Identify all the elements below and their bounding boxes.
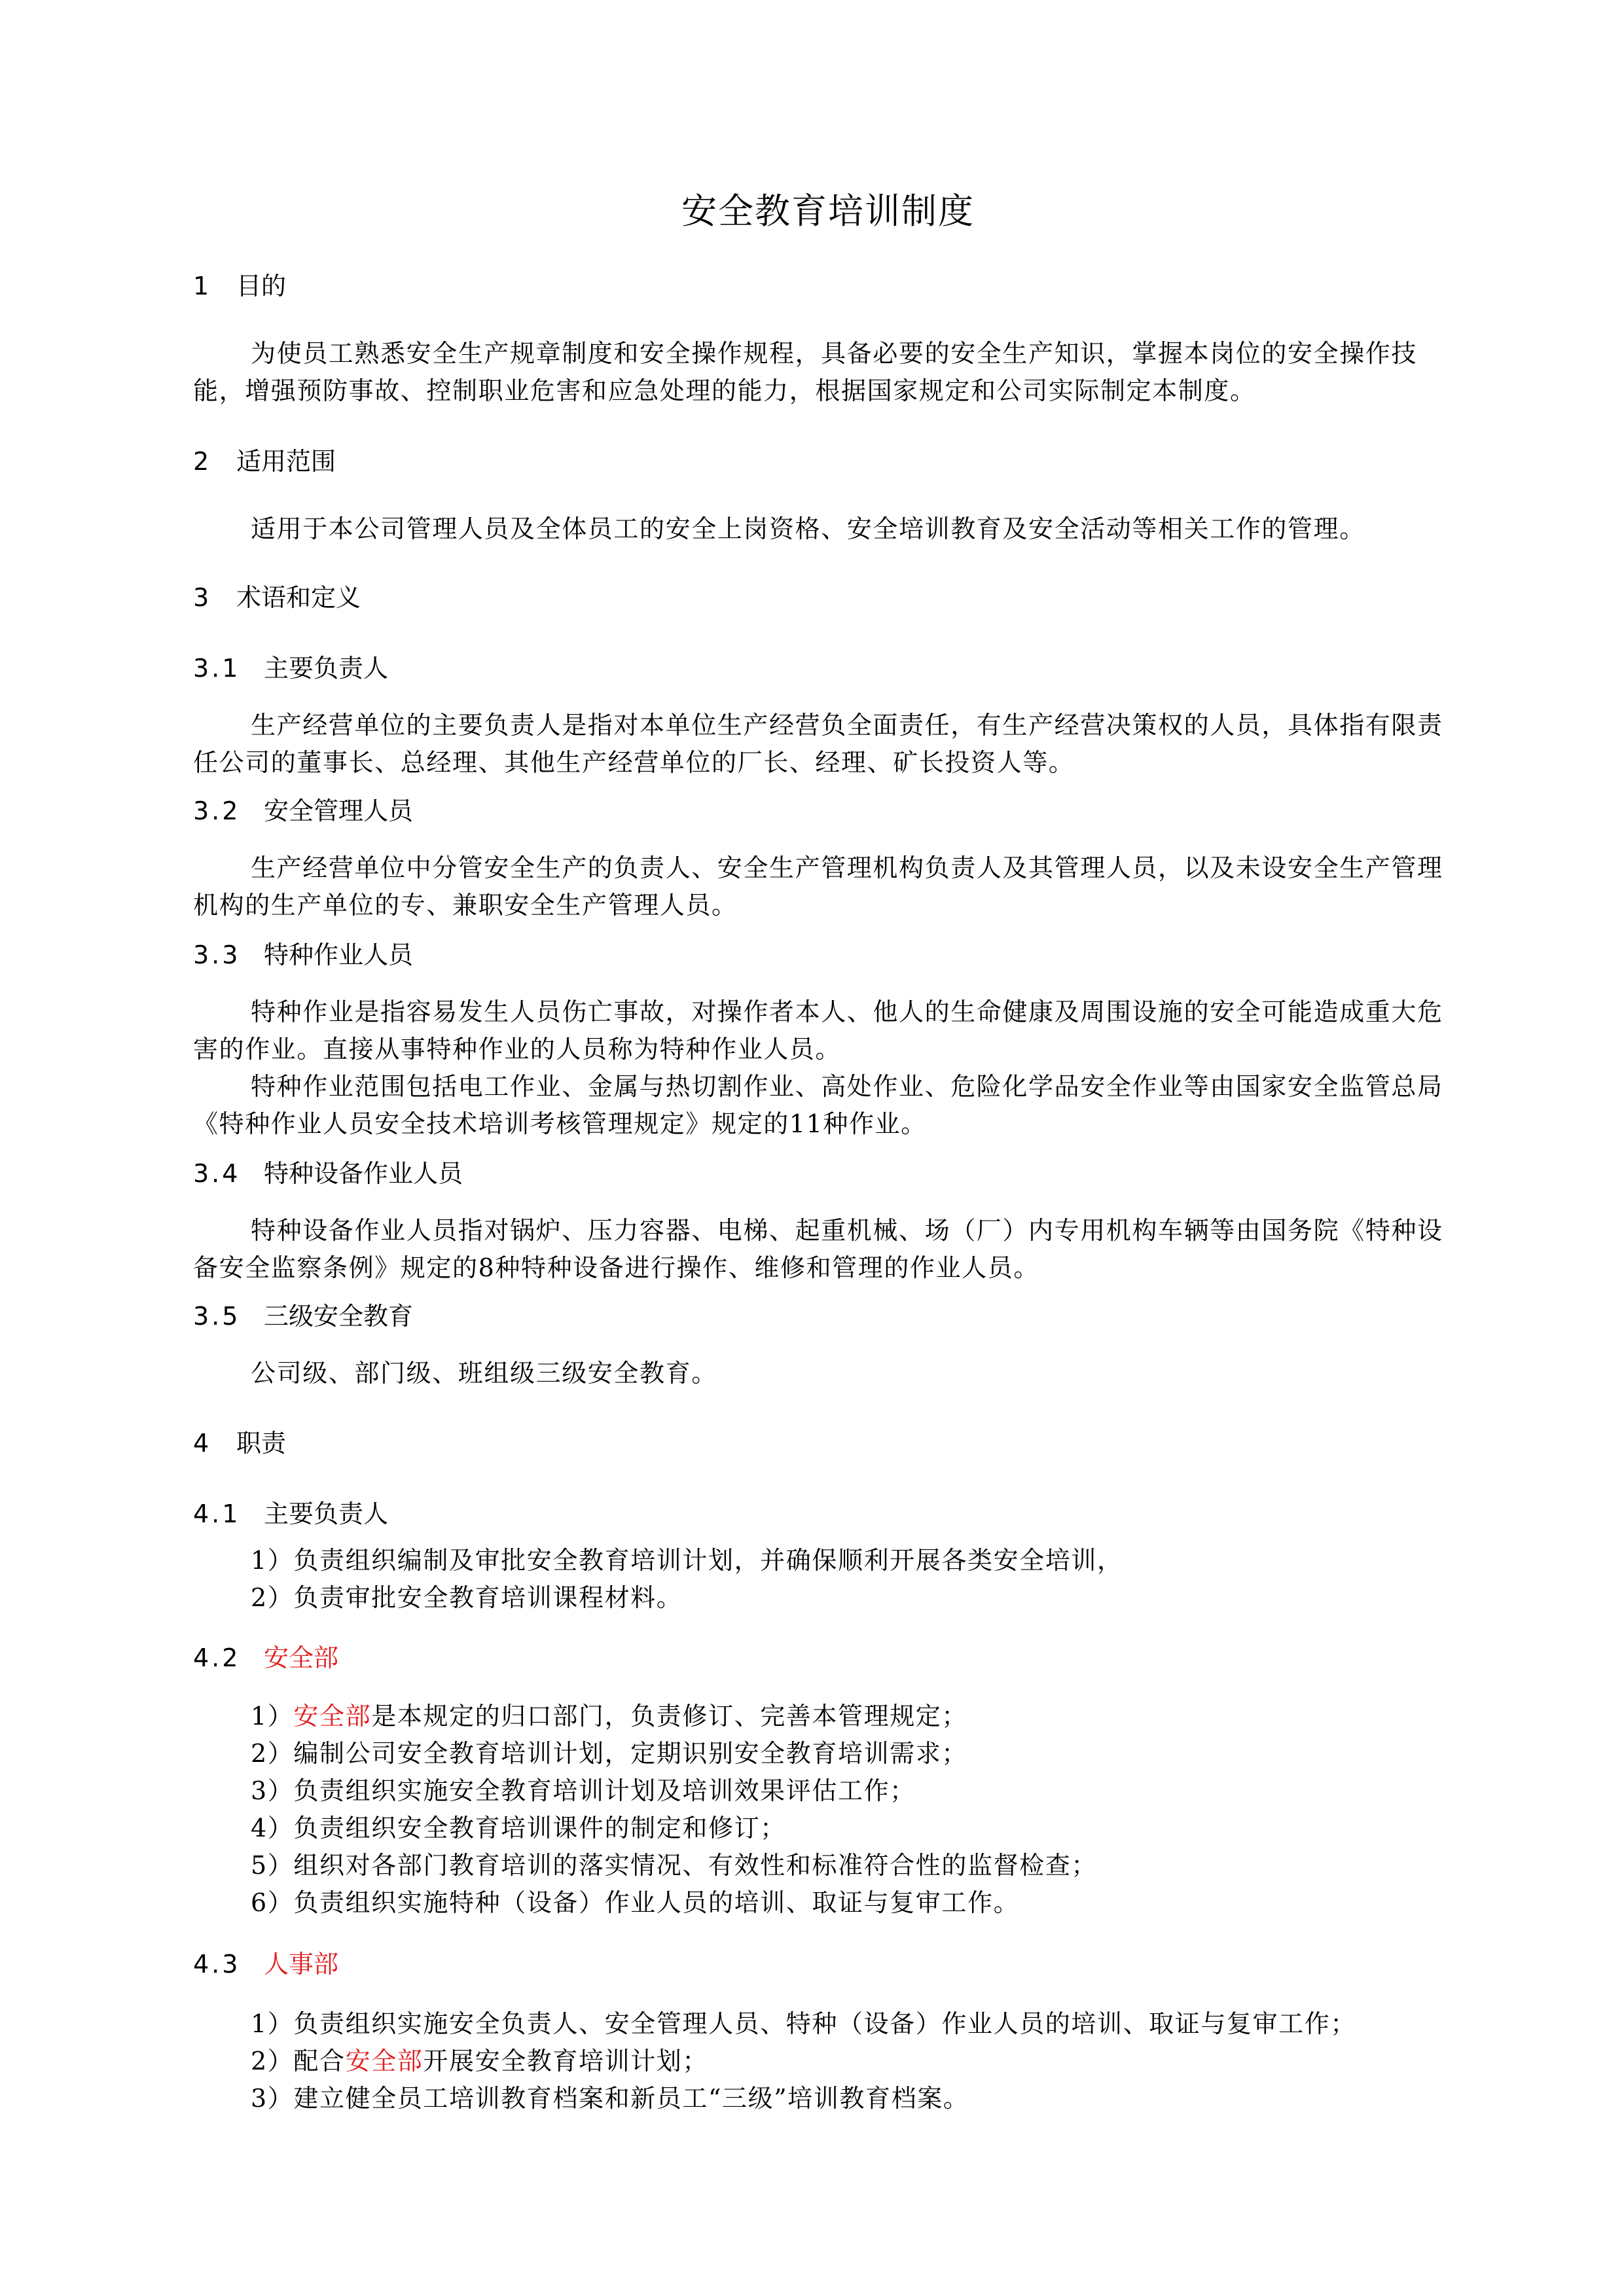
heading-text: 目的: [236, 272, 286, 300]
heading-number: 3.3: [193, 939, 264, 971]
heading-number: 4.3: [193, 1948, 264, 1981]
heading-number: 3: [193, 581, 236, 614]
heading-number: 4.1: [193, 1498, 264, 1530]
list-item-text: 是本规定的归口部门，负责修订、完善本管理规定；: [371, 1702, 967, 1731]
heading-text: 主要负责人: [264, 654, 388, 683]
list-item: 1）负责组织实施安全负责人、安全管理人员、特种（设备）作业人员的培训、取证与复审…: [251, 2005, 1468, 2043]
heading-2-scope: 2适用范围: [193, 445, 336, 478]
heading-3-definitions: 3术语和定义: [193, 581, 361, 614]
heading-4-3-hr-department: 4.3人事部: [193, 1948, 338, 1981]
list-item: 6）负责组织实施特种（设备）作业人员的培训、取证与复审工作。: [251, 1884, 1468, 1922]
heading-text: 术语和定义: [236, 583, 361, 612]
heading-3-3-special-operators: 3.3特种作业人员: [193, 939, 413, 971]
paragraph-principal-definition: 生产经营单位的主要负责人是指对本单位生产经营负全面责任，有生产经营决策权的人员，…: [193, 707, 1463, 781]
paragraph-special-equipment-definition: 特种设备作业人员指对锅炉、压力容器、电梯、起重机械、场（厂）内专用机构车辆等由国…: [193, 1212, 1463, 1287]
heading-number: 2: [193, 445, 236, 478]
heading-text: 主要负责人: [264, 1499, 388, 1528]
list-item-text: 开展安全教育培训计划；: [423, 2047, 708, 2075]
heading-3-1-principal: 3.1主要负责人: [193, 652, 388, 685]
heading-text: 三级安全教育: [264, 1302, 413, 1331]
paragraph-scope: 适用于本公司管理人员及全体员工的安全上岗资格、安全培训教育及安全活动等相关工作的…: [193, 511, 1463, 548]
heading-1-purpose: 1目的: [193, 270, 286, 302]
heading-number: 1: [193, 270, 236, 302]
heading-text: 特种设备作业人员: [264, 1159, 463, 1188]
paragraph-safety-managers-definition: 生产经营单位中分管安全生产的负责人、安全生产管理机构负责人及其管理人员，以及未设…: [193, 850, 1463, 924]
heading-number: 3.5: [193, 1300, 264, 1333]
heading-number: 3.4: [193, 1157, 264, 1190]
list-item-number: 1）: [251, 1702, 293, 1731]
paragraph-special-operation-definition: 特种作业是指容易发生人员伤亡事故，对操作者本人、他人的生命健康及周围设施的安全可…: [193, 994, 1463, 1068]
list-item: 3）建立健全员工培训教育档案和新员工“三级”培训教育档案。: [251, 2080, 1468, 2117]
list-item: 1）安全部是本规定的归口部门，负责修订、完善本管理规定；: [251, 1698, 1468, 1735]
list-item: 2）负责审批安全教育培训课程材料。: [251, 1579, 1468, 1617]
list-item: 4）负责组织安全教育培训课件的制定和修订；: [251, 1810, 1468, 1847]
heading-3-5-three-level-education: 3.5三级安全教育: [193, 1300, 413, 1333]
paragraph-three-level-education: 公司级、部门级、班组级三级安全教育。: [193, 1355, 1463, 1392]
heading-text-highlighted: 人事部: [264, 1950, 338, 1979]
heading-text: 职责: [236, 1429, 286, 1458]
heading-text-highlighted: 安全部: [264, 1643, 338, 1672]
list-item: 2）配合安全部开展安全教育培训计划；: [251, 2043, 1468, 2080]
list-item: 5）组织对各部门教育培训的落实情况、有效性和标准符合性的监督检查；: [251, 1847, 1468, 1884]
list-item: 1）负责组织编制及审批安全教育培训计划，并确保顺利开展各类安全培训，: [251, 1542, 1468, 1579]
heading-3-2-safety-managers: 3.2安全管理人员: [193, 795, 413, 827]
heading-number: 4.2: [193, 1641, 264, 1674]
heading-text: 适用范围: [236, 447, 336, 476]
heading-number: 3.2: [193, 795, 264, 827]
heading-4-1-principal: 4.1主要负责人: [193, 1498, 388, 1530]
heading-number: 3.1: [193, 652, 264, 685]
list-item-text: 2）配合: [251, 2047, 346, 2075]
heading-text: 特种作业人员: [264, 941, 413, 969]
heading-4-2-safety-department: 4.2安全部: [193, 1641, 338, 1674]
heading-4-responsibilities: 4职责: [193, 1427, 286, 1460]
paragraph-special-operation-scope: 特种作业范围包括电工作业、金属与热切割作业、高处作业、危险化学品安全作业等由国家…: [193, 1068, 1463, 1143]
heading-3-4-special-equipment-operators: 3.4特种设备作业人员: [193, 1157, 463, 1190]
paragraph-purpose: 为使员工熟悉安全生产规章制度和安全操作规程，具备必要的安全生产知识，掌握本岗位的…: [193, 335, 1463, 410]
list-item: 3）负责组织实施安全教育培训计划及培训效果评估工作；: [251, 1772, 1468, 1810]
highlighted-department-name: 安全部: [293, 1702, 371, 1731]
heading-text: 安全管理人员: [264, 797, 413, 825]
document-title: 安全教育培训制度: [193, 188, 1463, 234]
highlighted-department-name: 安全部: [346, 2047, 424, 2075]
heading-number: 4: [193, 1427, 236, 1460]
list-item: 2）编制公司安全教育培训计划，定期识别安全教育培训需求；: [251, 1735, 1468, 1772]
